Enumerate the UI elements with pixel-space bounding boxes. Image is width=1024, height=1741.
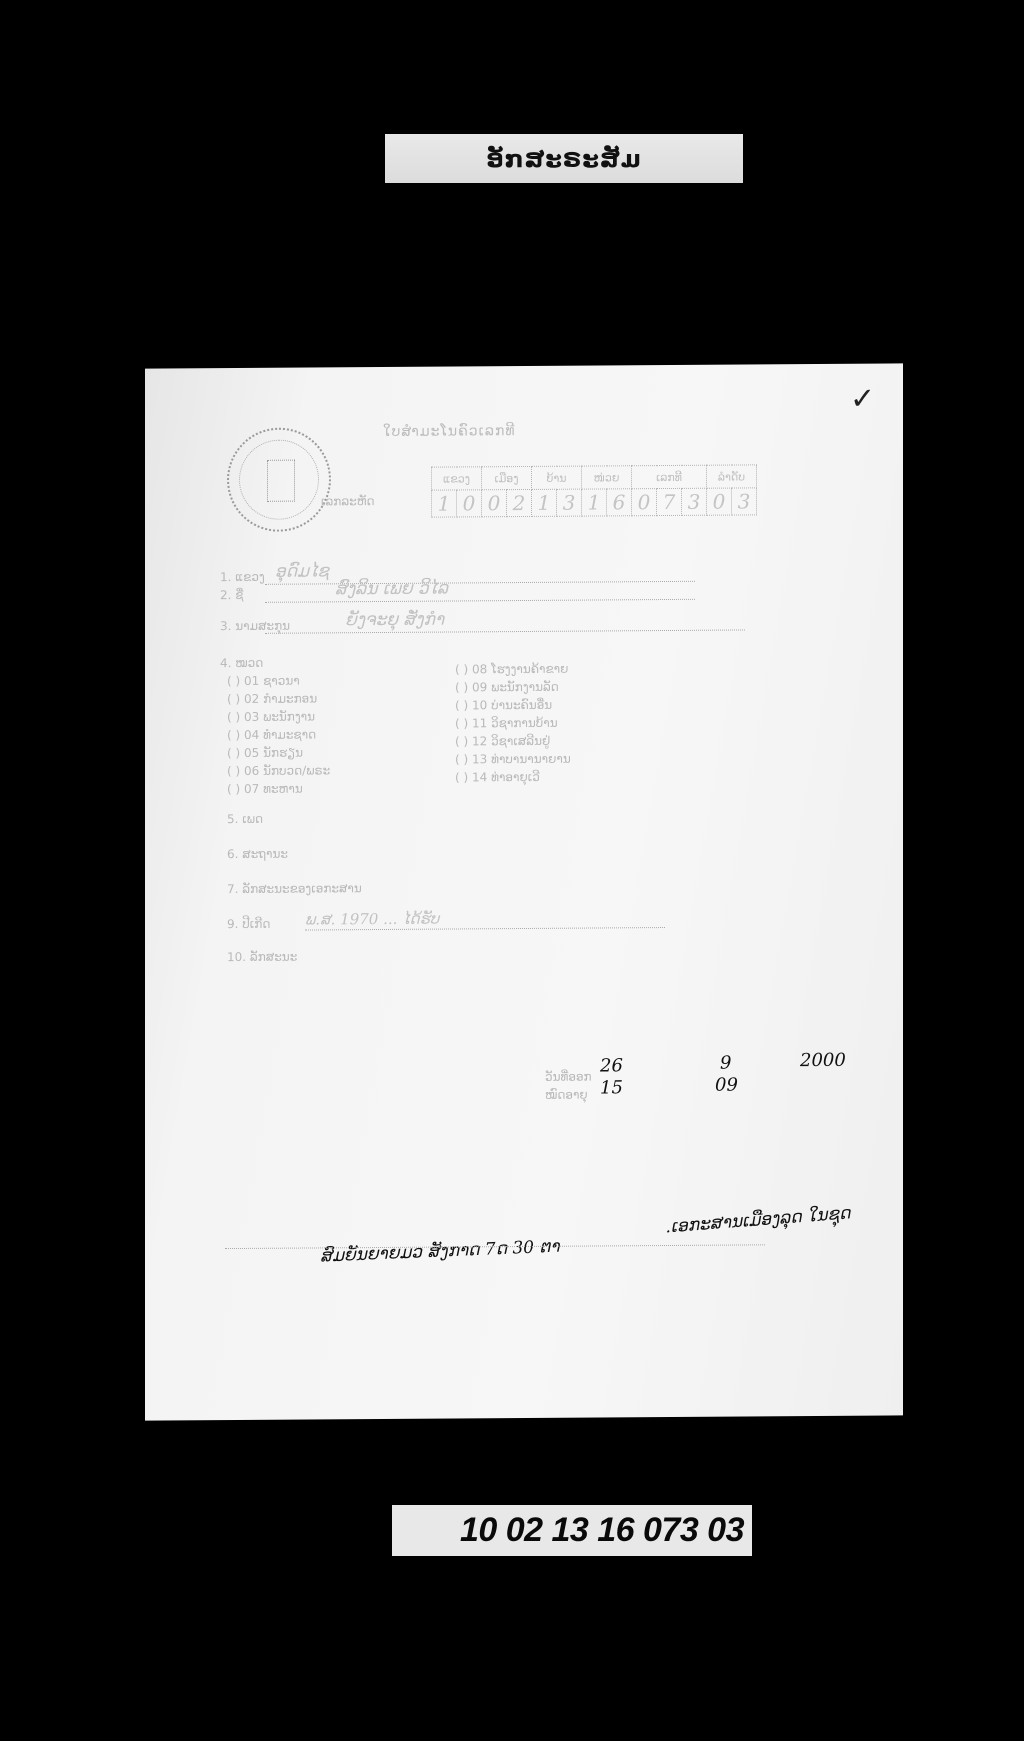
handwritten-note-right: .ເອກະສານເມືອງລຸດ ໃນຊຸດ: [665, 1203, 852, 1237]
id-digit: 0: [457, 490, 482, 517]
id-digit: 3: [732, 488, 757, 515]
category-options-col2: ( ) 08 ໂຮງງານຄ້າຂາຍ ( ) 09 ພະນັກງານລັດ (…: [455, 660, 571, 787]
field-5-label: 5. ເພດ: [227, 812, 263, 826]
id-header: ເລກທີ: [632, 465, 707, 489]
field-9-label: 9. ປີເກີດ: [227, 917, 270, 931]
id-header: ລຳດັບ: [707, 465, 757, 488]
category-option[interactable]: ( ) 04 ທຳມະຊາດ: [227, 725, 330, 744]
footer-id-label: 10 02 13 16 073 03: [392, 1505, 752, 1556]
id-digit: 3: [557, 489, 582, 516]
date-issued-label: ວັນທີ່ອອກ: [545, 1070, 592, 1084]
category-option[interactable]: ( ) 13 ທ່າບານານາຍານ: [455, 750, 571, 769]
footer-id-text: 10 02 13 16 073 03: [460, 1511, 744, 1550]
date-expiry-label: ໝົດອາຍຸ: [545, 1088, 588, 1102]
document-page: ✓ ໃບສຳມະໂນຄົວເລກທີ ເລກລະຫັດ ແຂວງ ເມືອງ ບ…: [145, 363, 903, 1420]
category-option[interactable]: ( ) 05 ນັກຮຽນ: [227, 743, 330, 762]
field-4-label: 4. ໝວດ: [220, 656, 263, 670]
field-10-label: 10. ລັກສະນະ: [227, 950, 297, 964]
category-option[interactable]: ( ) 09 ພະນັກງານລັດ: [455, 678, 571, 697]
id-header: ແຂວງ: [432, 467, 482, 490]
id-digit: 3: [682, 488, 707, 515]
field-2-value: ສົງລິນ ເພຍ ວິໄລ: [335, 579, 448, 600]
field-2-label: 2. ຊື່: [220, 588, 243, 602]
id-digit: 1: [582, 489, 607, 516]
header-label: ອັກສະຣະສັມ: [385, 134, 743, 183]
header-label-text: ອັກສະຣະສັມ: [486, 145, 642, 173]
id-digit: 0: [632, 489, 657, 516]
field-7-label: 7. ລັກສະນະຂອງເອກະສານ: [227, 881, 362, 896]
date-issued-year: 2000: [800, 1050, 846, 1071]
id-label: ເລກລະຫັດ: [321, 494, 375, 508]
handwritten-note-left: ສົມຍັນຍາຍມວ ສັງກາດ 7ດ 30 ຕາ: [320, 1237, 560, 1267]
category-option[interactable]: ( ) 07 ທະຫານ: [227, 779, 330, 798]
id-digit: 0: [707, 488, 732, 515]
field-1-label: 1. ແຂວງ: [220, 570, 265, 584]
field-3-value: ຍັງຈະຍຸ ສັ່ງກໍາ: [345, 610, 444, 631]
category-option[interactable]: ( ) 10 ບ່ານະຄົນອື່ນ: [455, 696, 571, 715]
category-option[interactable]: ( ) 03 ພະນັກງານ: [227, 707, 330, 726]
category-option[interactable]: ( ) 08 ໂຮງງານຄ້າຂາຍ: [455, 660, 571, 679]
id-digit: 1: [532, 489, 557, 516]
id-digit: 7: [657, 488, 682, 515]
date-issued-day: 26: [600, 1055, 623, 1076]
category-option[interactable]: ( ) 02 ກຳມະກອນ: [227, 689, 330, 708]
id-digit: 2: [507, 489, 532, 516]
form-title: ໃບສຳມະໂນຄົວເລກທີ: [383, 423, 516, 440]
official-seal-icon: [227, 427, 331, 532]
category-options-col1: ( ) 01 ຊາວນາ ( ) 02 ກຳມະກອນ ( ) 03 ພະນັກ…: [227, 671, 330, 798]
id-header: ໜ່ວຍ: [582, 466, 632, 489]
id-digit: 1: [432, 490, 457, 517]
field-3-label: 3. ນາມສະກຸນ: [220, 619, 290, 633]
field-6-label: 6. ສະຖານະ: [227, 847, 288, 861]
field-9-value: ພ.ສ. 1970 ... ໄດ້ຮັບ: [305, 910, 439, 929]
id-header: ເມືອງ: [482, 466, 532, 489]
category-option[interactable]: ( ) 01 ຊາວນາ: [227, 671, 330, 690]
check-mark-icon: ✓: [850, 382, 875, 417]
id-digit: 0: [482, 490, 507, 517]
category-option[interactable]: ( ) 12 ວິຊາເສລີນຢູ່: [455, 732, 571, 751]
category-option[interactable]: ( ) 11 ວິຊາການບ້ານ: [455, 714, 571, 733]
id-header: ບ້ານ: [532, 466, 582, 489]
id-digit: 6: [607, 489, 632, 516]
category-option[interactable]: ( ) 06 ນັກບວດ/ພຣະ: [227, 761, 330, 780]
category-option[interactable]: ( ) 14 ທ່າອາຍຸເວີ: [455, 768, 571, 787]
field-1-value: ອຸດົມໄຊ: [275, 561, 329, 581]
date-issued-month: 9: [720, 1053, 731, 1074]
id-number-table: ແຂວງ ເມືອງ ບ້ານ ໜ່ວຍ ເລກທີ ລຳດັບ 1 0 0 2…: [431, 464, 757, 517]
date-expiry-day: 15: [600, 1077, 623, 1098]
date-expiry-month: 09: [715, 1075, 738, 1096]
